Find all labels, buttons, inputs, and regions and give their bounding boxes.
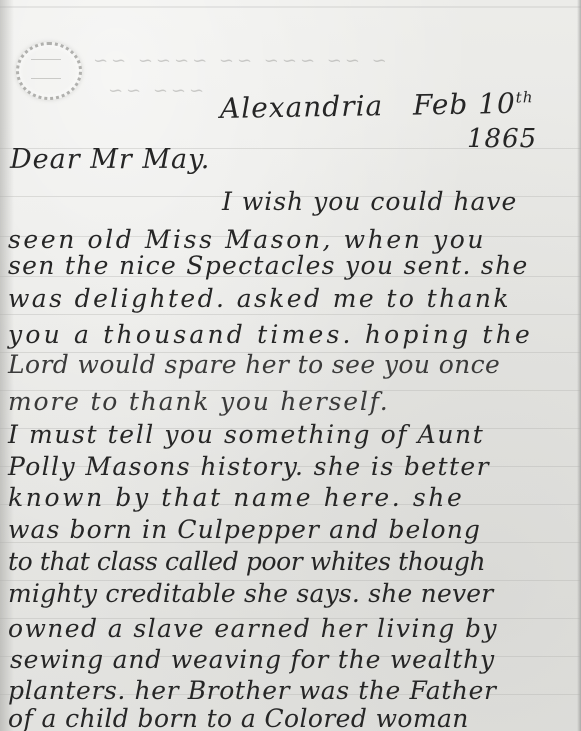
letter-line: I must tell you something of Aunt <box>8 420 484 449</box>
letter-day-suffix: th <box>516 88 534 106</box>
letter-line: of a child born to a Colored woman <box>8 704 469 731</box>
letter-line: sen the nice Spectacles you sent. she <box>8 251 529 280</box>
ink-bleed-through: ~ ~~ ~~~ ~~ ~~~~ ~~ <box>90 50 387 71</box>
letter-line: mighty creditable she says. she never <box>8 579 493 608</box>
letter-place: Alexandria <box>220 89 384 125</box>
letter-line: you a thousand times. hoping the <box>8 320 533 349</box>
letter-line: to that class called poor whites though <box>8 547 485 576</box>
letter-line: Polly Masons history. she is better <box>8 452 490 481</box>
ink-bleed-through: ~~~ ~~ <box>105 80 204 101</box>
letter-line: planters. her Brother was the Father <box>8 676 497 705</box>
letter-line: I wish you could have <box>222 187 517 216</box>
letter-year: 1865 <box>467 124 537 154</box>
ruled-line <box>0 314 581 315</box>
letter-line: Lord would spare her to see you once <box>8 350 500 379</box>
letter-line: seen old Miss Mason, when you <box>8 225 486 254</box>
seal-inner-mark <box>31 59 61 79</box>
letter-page: ~ ~~ ~~~ ~~ ~~~~ ~~ ~~~ ~~ Alexandria Fe… <box>0 0 581 731</box>
scan-right-edge <box>577 0 581 731</box>
paper-fold <box>0 6 581 8</box>
letter-month-day: Feb 10 <box>413 87 516 122</box>
letter-line: sewing and weaving for the wealthy <box>10 645 495 674</box>
letter-line: was born in Culpepper and belong <box>8 515 481 544</box>
embossed-seal-icon <box>16 42 82 100</box>
letter-salutation: Dear Mr May. <box>10 144 210 175</box>
letter-line: more to thank you herself. <box>8 387 390 416</box>
letter-line: was delighted. asked me to thank <box>8 284 511 313</box>
letter-place-date: Alexandria Feb 10th <box>220 87 534 125</box>
letter-line: known by that name here. she <box>8 483 464 512</box>
letter-line: owned a slave earned her living by <box>8 614 498 643</box>
